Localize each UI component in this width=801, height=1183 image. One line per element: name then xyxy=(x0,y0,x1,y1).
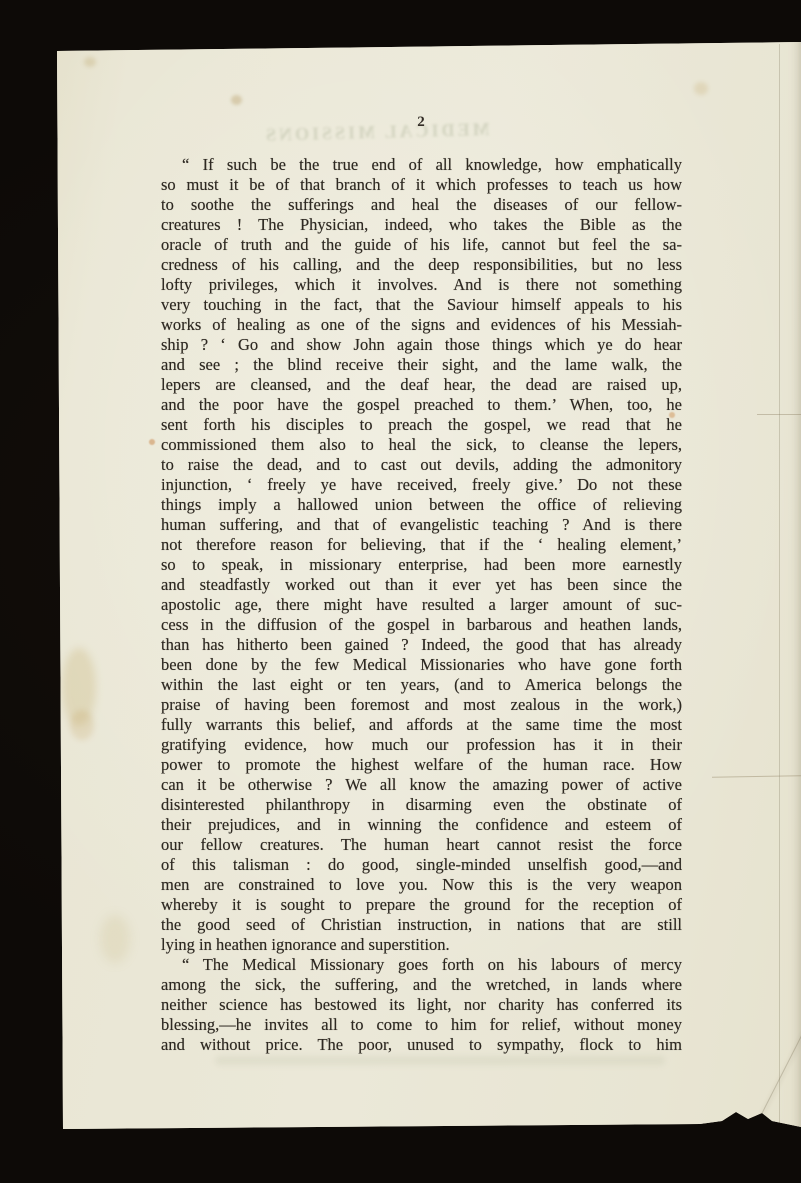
text-line: ship ? ‘ Go and show John again those th… xyxy=(161,335,682,355)
text-line: men are constrained to love you. Now thi… xyxy=(161,875,682,895)
paper-stain xyxy=(231,95,242,105)
text-line: and the poor have the gospel preached to… xyxy=(161,395,682,415)
book-page: MEDICAL MISSIONS 2 “ If such be the true… xyxy=(0,0,801,1183)
text-line: blessing,—he invites all to come to him … xyxy=(161,1015,682,1035)
text-line: injunction, ‘ freely ye have received, f… xyxy=(161,475,682,495)
text-line: to soothe the sufferings and heal the di… xyxy=(161,195,682,215)
text-line: “ If such be the true end of all knowled… xyxy=(161,155,682,175)
text-line: among the sick, the suffering, and the w… xyxy=(161,975,682,995)
text-line: power to promote the highest welfare of … xyxy=(161,755,682,775)
text-line: can it be otherwise ? We all know the am… xyxy=(161,775,682,795)
paper-crease xyxy=(712,775,801,778)
text-line: lofty privileges, which it involves. And… xyxy=(161,275,682,295)
text-line: fully warrants this belief, and affords … xyxy=(161,715,682,735)
text-line: and see ; the blind receive their sight,… xyxy=(161,355,682,375)
text-line: and steadfastly worked out than it ever … xyxy=(161,575,682,595)
paper-stain xyxy=(70,710,94,740)
text-block: “ If such be the true end of all knowled… xyxy=(161,155,682,1055)
paper-crease xyxy=(757,414,801,415)
text-line: so to speak, in missionary enterprise, h… xyxy=(161,555,682,575)
text-line: within the last eight or ten years, (and… xyxy=(161,675,682,695)
text-line: things imply a hallowed union between th… xyxy=(161,495,682,515)
text-line: and without price. The poor, unused to s… xyxy=(161,1035,682,1055)
paper-fold-line xyxy=(779,44,780,1124)
text-line: very touching in the fact, that the Savi… xyxy=(161,295,682,315)
text-line: lepers are cleansed, and the deaf hear, … xyxy=(161,375,682,395)
text-line: praise of having been foremost and most … xyxy=(161,695,682,715)
text-line: lying in heathen ignorance and superstit… xyxy=(161,935,682,955)
text-line: so must it be of that branch of it which… xyxy=(161,175,682,195)
text-line: apostolic age, there might have resulted… xyxy=(161,595,682,615)
text-line: human suffering, and that of evangelisti… xyxy=(161,515,682,535)
text-line: the good seed of Christian instruction, … xyxy=(161,915,682,935)
paper-stain xyxy=(84,57,96,67)
text-line: oracle of truth and the guide of his lif… xyxy=(161,235,682,255)
text-line: of this talisman : do good, single-minde… xyxy=(161,855,682,875)
show-through-smudge xyxy=(215,1056,665,1065)
text-line: cess in the diffusion of the gospel in b… xyxy=(161,615,682,635)
text-line: disinterested philanthropy in disarming … xyxy=(161,795,682,815)
text-line: “ The Medical Missionary goes forth on h… xyxy=(161,955,682,975)
paper-stain xyxy=(694,82,708,95)
text-line: whereby it is sought to prepare the grou… xyxy=(161,895,682,915)
text-line: sent forth his disciples to preach the g… xyxy=(161,415,682,435)
text-line: than has hitherto been gained ? Indeed, … xyxy=(161,635,682,655)
text-line: been done by the few Medical Missionarie… xyxy=(161,655,682,675)
text-line: to raise the dead, and to cast out devil… xyxy=(161,455,682,475)
page-number: 2 xyxy=(161,114,682,131)
text-line: gratifying evidence, how much our profes… xyxy=(161,735,682,755)
text-line: creatures ! The Physician, indeed, who t… xyxy=(161,215,682,235)
paper-stain xyxy=(62,648,96,726)
text-line: works of healing as one of the signs and… xyxy=(161,315,682,335)
text-line: their prejudices, and in winning the con… xyxy=(161,815,682,835)
text-line: not therefore reason for believing, that… xyxy=(161,535,682,555)
text-line: commissioned them also to heal the sick,… xyxy=(161,435,682,455)
paper-stain xyxy=(149,439,155,445)
text-line: credness of his calling, and the deep re… xyxy=(161,255,682,275)
paper-stain xyxy=(100,915,130,963)
text-line: our fellow creatures. The human heart ca… xyxy=(161,835,682,855)
text-line: neither science has bestowed its light, … xyxy=(161,995,682,1015)
